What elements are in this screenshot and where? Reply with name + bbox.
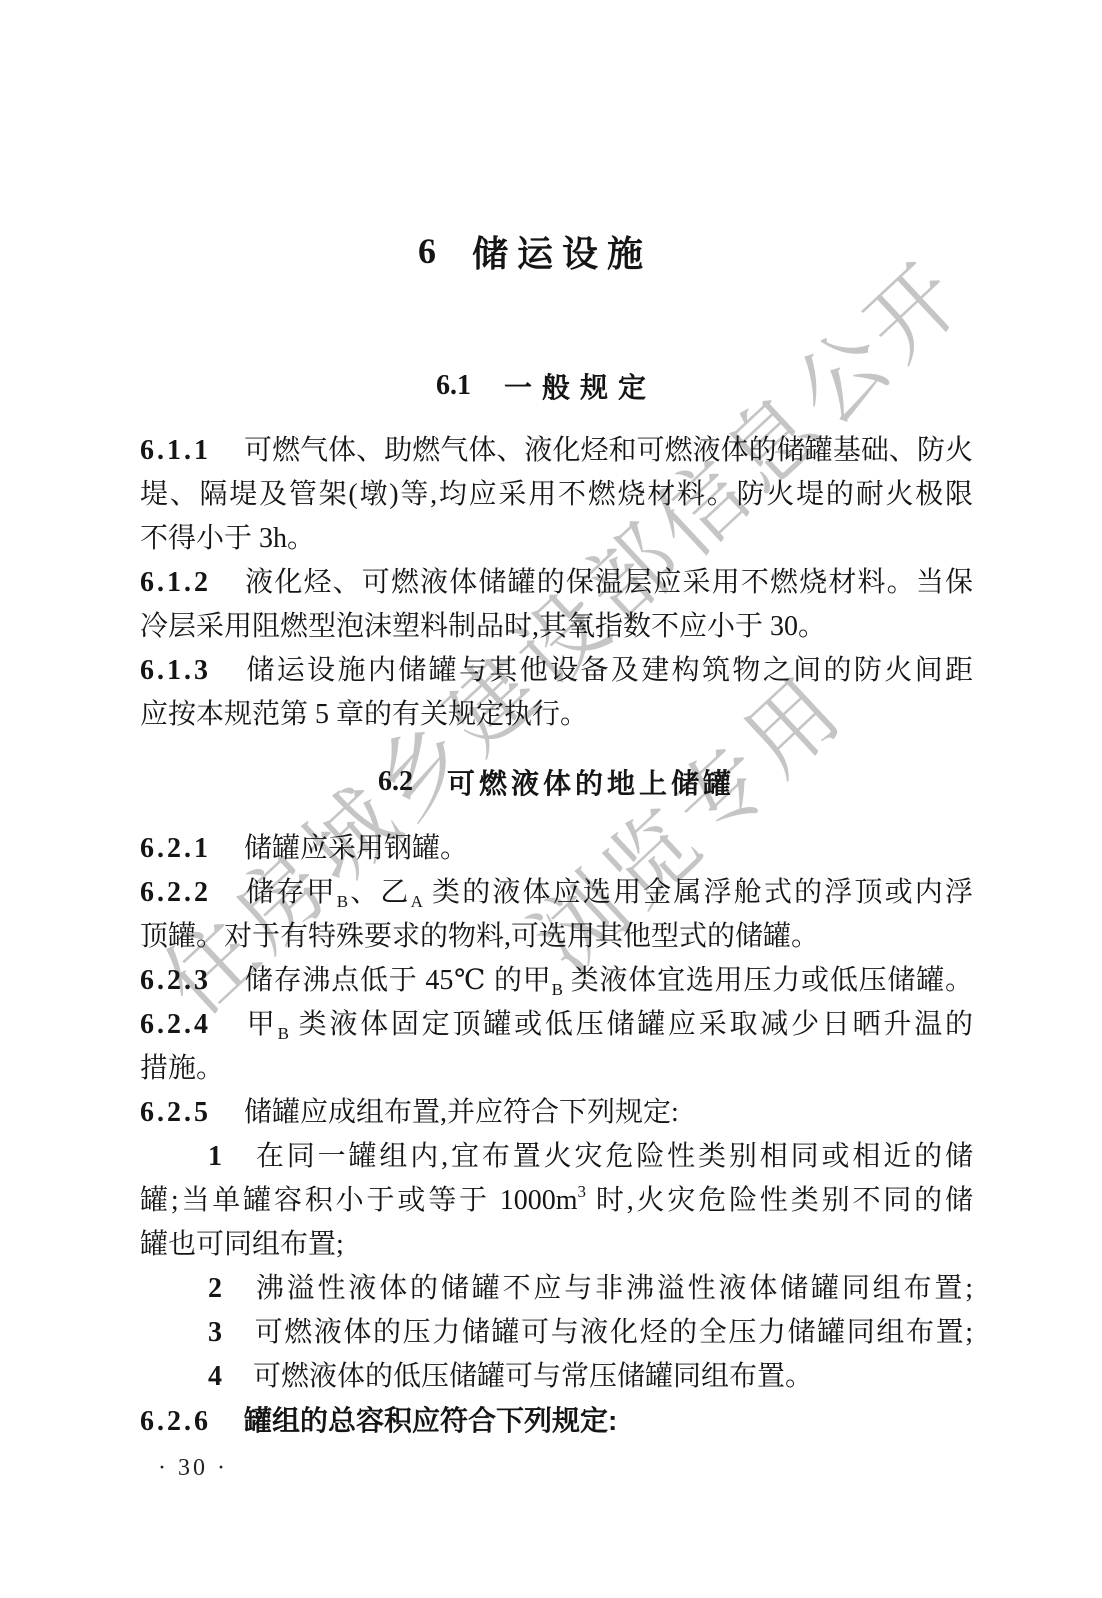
text-line-1: 6.1.1可燃气体、助燃气体、液化烃和可燃液体的储罐基础、防火 [140,429,973,473]
text-segment: 3 [578,1182,587,1201]
text-segment: 措施。 [140,1053,224,1084]
clause-number: 6.2.2 [140,877,211,908]
text-line-20: 3可燃液体的压力储罐可与液化烃的全压力储罐同组布置; [140,1311,973,1355]
text-line-14: 措施。 [140,1047,973,1091]
text-segment: 可燃气体、助燃气体、液化烃和可燃液体的储罐基础、防火 [244,435,973,466]
section-heading-6-2: 6.2可燃液体的地上储罐 [140,737,973,827]
text-segment: 沸溢性液体的储罐不应与非沸溢性液体储罐同组布置; [253,1273,973,1304]
text-segment: 顶罐。对于有特殊要求的物料,可选用其他型式的储罐。 [140,921,819,952]
text-segment: 在同一罐组内,宜布置火灾危险性类别相同或相近的储 [253,1141,973,1172]
text-line-5: 冷层采用阻燃型泡沫塑料制品时,其氧指数不应小于 30。 [140,605,973,649]
text-segment: 可燃液体的低压储罐可与常压储罐同组布置。 [253,1361,813,1392]
document-body: 6.1.1可燃气体、助燃气体、液化烃和可燃液体的储罐基础、防火堤、隔堤及管架(墩… [140,429,973,1443]
section-6-1-number: 6.1 [436,370,471,402]
text-line-11: 顶罐。对于有特殊要求的物料,可选用其他型式的储罐。 [140,915,973,959]
text-segment: 储存沸点低于 45℃ 的甲 [244,965,552,996]
text-line-15: 6.2.5储罐应成组布置,并应符合下列规定: [140,1091,973,1135]
text-segment: B [337,892,348,911]
chapter-title-text: 储运设施 [472,226,652,277]
text-segment: 液化烃、可燃液体储罐的保温层应采用不燃烧材料。当保 [244,567,973,598]
text-segment: B [552,980,563,999]
clause-number: 4 [208,1361,225,1392]
text-line-4: 6.1.2液化烃、可燃液体储罐的保温层应采用不燃烧材料。当保 [140,561,973,605]
text-segment: 罐也可同组布置; [140,1229,344,1260]
text-segment: 、乙 [348,877,411,908]
text-line-7: 应按本规范第 5 章的有关规定执行。 [140,693,973,737]
section-6-1-title: 一般规定 [504,366,656,406]
text-line-2: 堤、隔堤及管架(墩)等,均应采用不燃烧材料。防火堤的耐火极限 [140,473,973,517]
text-line-18: 罐也可同组布置; [140,1223,973,1267]
text-segment: 储存甲 [244,877,337,908]
text-segment: A [411,892,423,911]
clause-number: 6.1.3 [140,655,211,686]
clause-number: 6.2.3 [140,965,211,996]
text-segment: 可燃液体的压力储罐可与液化烃的全压力储罐同组布置; [253,1317,973,1348]
text-segment: 储运设施内储罐与其他设备及建构筑物之间的防火间距 [244,655,973,686]
text-segment: 堤、隔堤及管架(墩)等,均应采用不燃烧材料。防火堤的耐火极限 [140,479,973,510]
text-segment: 储罐应成组布置,并应符合下列规定: [244,1097,679,1128]
text-line-13: 6.2.4甲B 类液体固定顶罐或低压储罐应采取减少日晒升温的 [140,1003,973,1047]
clause-number: 6.2.1 [140,833,211,864]
text-line-6: 6.1.3储运设施内储罐与其他设备及建构筑物之间的防火间距 [140,649,973,693]
text-line-21: 4可燃液体的低压储罐可与常压储罐同组布置。 [140,1355,973,1399]
text-line-10: 6.2.2储存甲B、乙A 类的液体应选用金属浮舱式的浮顶或内浮 [140,871,973,915]
text-segment: 不得小于 3h。 [140,523,315,554]
text-segment: 类的液体应选用金属浮舱式的浮顶或内浮 [423,877,973,908]
text-line-12: 6.2.3储存沸点低于 45℃ 的甲B 类液体宜选用压力或低压储罐。 [140,959,973,1003]
text-line-19: 2沸溢性液体的储罐不应与非沸溢性液体储罐同组布置; [140,1267,973,1311]
section-heading-6-1: 6.1 一般规定 [140,362,952,410]
text-segment: 罐;当单罐容积小于或等于 1000m [140,1185,578,1216]
clause-number: 6.1.2 [140,567,211,598]
section-6-2-title: 可燃液体的地上储罐 [447,762,735,802]
section-6-2-number: 6.2 [378,766,413,798]
text-segment: 时,火灾危险性类别不同的储 [586,1185,973,1216]
text-line-16: 1在同一罐组内,宜布置火灾危险性类别相同或相近的储 [140,1135,973,1179]
text-line-3: 不得小于 3h。 [140,517,973,561]
text-line-17: 罐;当单罐容积小于或等于 1000m3 时,火灾危险性类别不同的储 [140,1179,973,1223]
clause-number: 3 [208,1317,225,1348]
text-line-9: 6.2.1储罐应采用钢罐。 [140,827,973,871]
clause-number: 2 [208,1273,225,1304]
text-segment: 罐组的总容积应符合下列规定: [244,1405,617,1436]
page-number: · 30 · [158,1455,228,1482]
clause-number: 6.2.5 [140,1097,211,1128]
text-segment: 冷层采用阻燃型泡沫塑料制品时,其氧指数不应小于 30。 [140,611,826,642]
text-segment: 类液体固定顶罐或低压储罐应采取减少日晒升温的 [289,1009,973,1040]
text-segment: 储罐应采用钢罐。 [244,833,468,864]
clause-number: 1 [208,1141,225,1172]
chapter-title: 6 储运设施 [140,225,930,277]
text-segment: 类液体宜选用压力或低压储罐。 [563,965,973,996]
text-line-22: 6.2.6罐组的总容积应符合下列规定: [140,1399,973,1443]
clause-number: 6.2.6 [140,1406,211,1437]
text-segment: 甲 [244,1009,278,1040]
document-page: 住房城乡建设部信息公开 浏览专用 6 储运设施 6.1 一般规定 6.1.1可燃… [0,0,1102,1598]
text-segment: 应按本规范第 5 章的有关规定执行。 [140,699,588,730]
text-segment: B [278,1024,289,1043]
clause-number: 6.1.1 [140,435,211,466]
chapter-number: 6 [418,230,436,272]
clause-number: 6.2.4 [140,1009,211,1040]
